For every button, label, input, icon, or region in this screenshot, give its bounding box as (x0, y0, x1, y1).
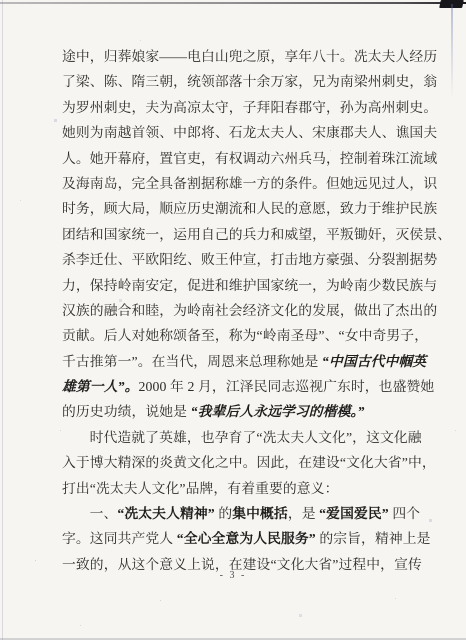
text-line: 团结和国家统一，运用自己的兵力和威望，平叛锄奸，灭侯景、 (62, 222, 430, 247)
body-text: 的 (215, 506, 232, 521)
emphasized-text: “爱国爱民” (319, 506, 389, 521)
emphasized-text: “冼太夫人精神” (117, 506, 214, 521)
body-text: 团结和国家统一，运用自己的兵力和威望，平叛锄奸，灭侯景、 (62, 227, 451, 242)
body-text: 力，保持岭南安定，促进和维护国家统一，为岭南少数民族与 (62, 278, 437, 293)
text-line: 雄第一人”。2000 年 2 月，江泽民同志巡视广东时，也盛赞她 (62, 374, 430, 399)
document-body: 途中，归葬娘家——电白山兜之原，享年八十。冼太夫人经历了梁、陈、隋三朝，统领部落… (62, 44, 430, 577)
text-line: 一、“冼太夫人精神” 的集中概括，是 “爱国爱民” 四个 (62, 501, 430, 526)
text-line: 入于博大精深的炎黄文化之中。因此，在建设“文化大省”中， (62, 450, 430, 475)
body-text: 了梁、陈、隋三朝，统领部落十余万家，兄为南梁州刺史，翁 (62, 74, 437, 89)
body-text: 打出“冼太夫人文化”品牌，有着重要的意义： (62, 481, 339, 496)
body-text: 入于博大精深的炎黄文化之中。因此，在建设“文化大省”中， (62, 455, 436, 470)
emphasized-text: “全心全意为人民服务” (177, 531, 316, 546)
page-number: - 3 - (0, 570, 466, 581)
text-line: 途中，归葬娘家——电白山兜之原，享年八十。冼太夫人经历 (62, 44, 430, 69)
body-text: 为罗州刺史，夫为高凉太守，子拜阳春郡守，孙为高州刺史。 (62, 100, 437, 115)
text-line: 及海南岛，完全具备割据称雄一方的条件。但她远见过人，识 (62, 171, 430, 196)
body-text: 杀李迁仕、平欧阳纥、败王仲宣，打击地方豪强、分裂割据势 (62, 252, 437, 267)
scan-noise (0, 0, 1, 1)
text-line: 她则为南越首领、中郎将、石龙太夫人、宋康郡夫人、谯国夫 (62, 120, 430, 145)
text-line: 打出“冼太夫人文化”品牌，有着重要的意义： (62, 476, 430, 501)
body-text: 的历史功绩，说她是 (62, 404, 191, 419)
text-line: 汉族的融合和睦，为岭南社会经济文化的发展，做出了杰出的 (62, 298, 430, 323)
body-text: 四个 (389, 506, 420, 521)
scanned-page: 途中，归葬娘家——电白山兜之原，享年八十。冼太夫人经历了梁、陈、隋三朝，统领部落… (0, 0, 466, 640)
text-line: 为罗州刺史，夫为高凉太守，子拜阳春郡守，孙为高州刺史。 (62, 95, 430, 120)
emphasized-text: 集中概括 (232, 506, 288, 521)
body-text: ，是 (288, 506, 319, 521)
body-text: 人。她开幕府，置官吏，有权调动六州兵马，控制着珠江流域 (62, 151, 437, 166)
text-line: 贡献。后人对她称颂备至，称为“岭南圣母”、“女中奇男子， (62, 323, 430, 348)
body-text: 字。这同共产党人 (62, 531, 177, 546)
body-text: 的宗旨，精神上是 (316, 531, 431, 546)
body-text: 及海南岛，完全具备割据称雄一方的条件。但她远见过人，识 (62, 176, 437, 191)
emphasized-text: “中国古代中帼英 (322, 354, 426, 369)
scan-edge-left (2, 0, 3, 640)
body-text: 途中，归葬娘家——电白山兜之原，享年八十。冼太夫人经历 (62, 49, 437, 64)
body-text: 汉族的融合和睦，为岭南社会经济文化的发展，做出了杰出的 (62, 303, 437, 318)
body-text: 贡献。后人对她称颂备至，称为“岭南圣母”、“女中奇男子， (62, 328, 428, 343)
body-text: 她则为南越首领、中郎将、石龙太夫人、宋康郡夫人、谯国夫 (62, 125, 437, 140)
text-line: 人。她开幕府，置官吏，有权调动六州兵马，控制着珠江流域 (62, 146, 430, 171)
emphasized-text: “我辈后人永远学习的楷模。” (191, 404, 365, 419)
scan-crease (451, 4, 453, 99)
body-text: 千古推第一”。在当代，周恩来总理称她是 (62, 354, 322, 369)
body-text: 一、 (90, 506, 118, 521)
text-line: 的历史功绩，说她是 “我辈后人永远学习的楷模。” (62, 399, 430, 424)
text-line: 杀李迁仕、平欧阳纥、败王仲宣，打击地方豪强、分裂割据势 (62, 247, 430, 272)
body-text: 2000 年 2 月，江泽民同志巡视广东时，也盛赞她 (138, 379, 434, 394)
scan-edge-top (0, 2, 466, 4)
body-text: 时代造就了英雄，也孕育了“冼太夫人文化”，这文化融 (90, 430, 422, 445)
emphasized-text: 雄第一人”。 (62, 379, 138, 394)
body-text: 时务，顾大局，顺应历史潮流和人民的意愿，致力于维护民族 (62, 201, 437, 216)
text-line: 千古推第一”。在当代，周恩来总理称她是 “中国古代中帼英 (62, 349, 430, 374)
text-line: 字。这同共产党人 “全心全意为人民服务” 的宗旨，精神上是 (62, 526, 430, 551)
text-line: 时务，顾大局，顺应历史潮流和人民的意愿，致力于维护民族 (62, 196, 430, 221)
text-line: 时代造就了英雄，也孕育了“冼太夫人文化”，这文化融 (62, 425, 430, 450)
text-line: 力，保持岭南安定，促进和维护国家统一，为岭南少数民族与 (62, 273, 430, 298)
text-line: 了梁、陈、隋三朝，统领部落十余万家，兄为南梁州刺史，翁 (62, 69, 430, 94)
